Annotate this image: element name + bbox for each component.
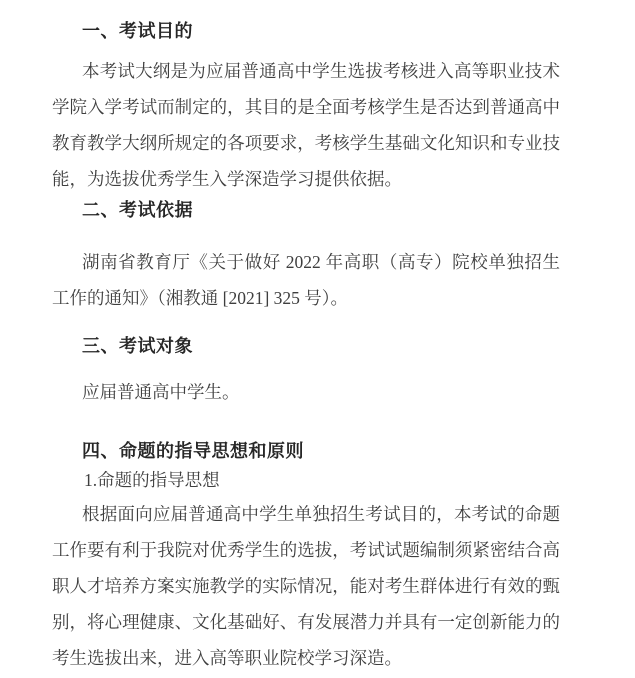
paragraph-exam-target: 应届普通高中学生。 <box>52 374 560 410</box>
paragraph-exam-basis: 湖南省教育厅《关于做好 2022 年高职（高专）院校单独招生工作的通知》（湘教通… <box>52 244 560 316</box>
subheading-proposition-guiding-thought: 1.命题的指导思想 <box>52 465 560 495</box>
document-page: 一、考试目的 本考试大纲是为应届普通高中学生选拔考核进入高等职业技术学院入学考试… <box>0 0 635 678</box>
paragraph-proposition-guiding-thought: 根据面向应届普通高中学生单独招生考试目的，本考试的命题工作要有利于我院对优秀学生… <box>52 496 560 676</box>
section-heading-exam-basis: 二、考试依据 <box>52 197 560 223</box>
section-heading-proposition-principles: 四、命题的指导思想和原则 <box>52 438 560 464</box>
paragraph-exam-purpose: 本考试大纲是为应届普通高中学生选拔考核进入高等职业技术学院入学考试而制定的，其目… <box>52 53 560 197</box>
section-heading-exam-target: 三、考试对象 <box>52 333 560 359</box>
section-heading-exam-purpose: 一、考试目的 <box>52 18 560 44</box>
